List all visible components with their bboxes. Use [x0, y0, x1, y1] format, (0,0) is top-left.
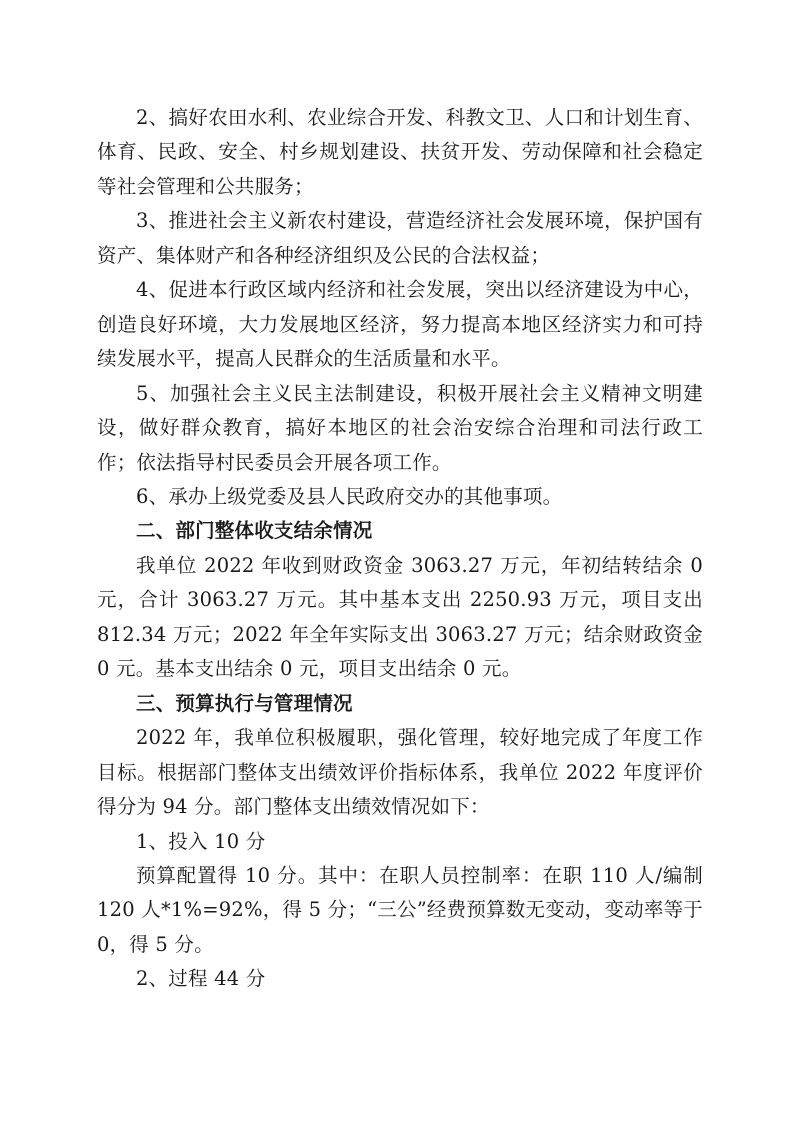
paragraph-process-score: 2、过程 44 分 — [97, 962, 703, 996]
paragraph-budget-allocation: 预算配置得 10 分。其中：在职人员控制率：在职 110 人/编制 120 人*… — [97, 859, 703, 962]
paragraph-income-expenditure: 我单位 2022 年收到财政资金 3063.27 万元，年初结转结余 0 元，合… — [97, 549, 703, 687]
document-page: 2、搞好农田水利、农业综合开发、科教文卫、人口和计划生育、体育、民政、安全、村乡… — [97, 101, 703, 997]
paragraph-duty-4: 4、促进本行政区域内经济和社会发展，突出以经济建设为中心，创造良好环境，大力发展… — [97, 273, 703, 376]
paragraph-budget-summary: 2022 年，我单位积极履职，强化管理，较好地完成了年度工作目标。根据部门整体支… — [97, 721, 703, 824]
paragraph-input-score: 1、投入 10 分 — [97, 825, 703, 859]
section-heading-budget-execution: 三、预算执行与管理情况 — [97, 687, 703, 721]
paragraph-duty-6: 6、承办上级党委及县人民政府交办的其他事项。 — [97, 480, 703, 514]
paragraph-duty-3: 3、推进社会主义新农村建设，营造经济社会发展环境，保护国有资产、集体财产和各种经… — [97, 204, 703, 273]
paragraph-duty-2: 2、搞好农田水利、农业综合开发、科教文卫、人口和计划生育、体育、民政、安全、村乡… — [97, 101, 703, 204]
paragraph-duty-5: 5、加强社会主义民主法制建设，积极开展社会主义精神文明建设，做好群众教育，搞好本… — [97, 377, 703, 480]
section-heading-income-expenditure: 二、部门整体收支结余情况 — [97, 514, 703, 548]
